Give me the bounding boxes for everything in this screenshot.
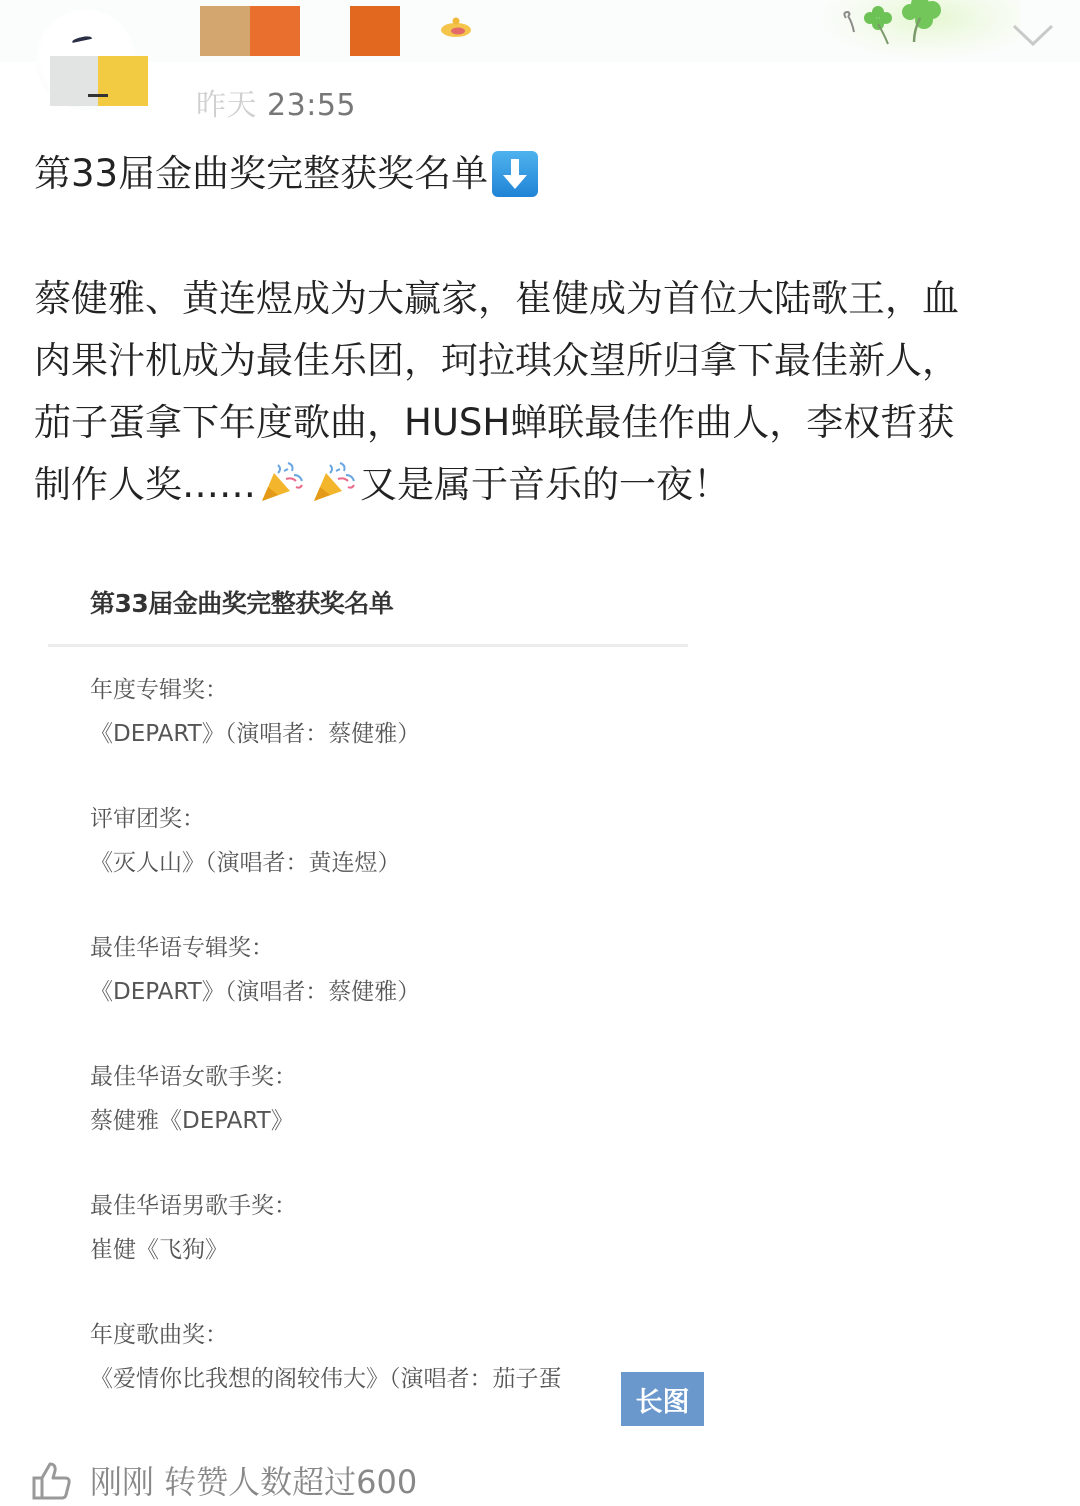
post-header: 昨天 23:55 (0, 0, 1080, 130)
crown-badge-icon (438, 16, 474, 38)
award-category: 年度专辑奖： (90, 675, 690, 705)
long-image-badge[interactable]: 长图 (621, 1372, 704, 1426)
username-redaction[interactable] (200, 6, 250, 56)
award-winner: 《DEPART》（演唱者：蔡健雅） (90, 977, 690, 1007)
award-category: 最佳华语男歌手奖： (90, 1191, 690, 1221)
award-item: 年度歌曲奖： 《爱情你比我想的阁较伟大》（演唱者：茄子蛋 (90, 1320, 690, 1394)
username-redaction[interactable] (250, 6, 300, 56)
post-body-line: 茄子蛋拿下年度歌曲，HUSH蝉联最佳作曲人，李权哲获 (34, 392, 1044, 454)
clover-decoration (820, 0, 1020, 60)
timestamp-day: 昨天 (196, 88, 257, 123)
post-body-text: 又是属于音乐的一夜！ (360, 463, 730, 506)
award-winner: 《DEPART》（演唱者：蔡健雅） (90, 719, 690, 749)
post-body-line: 制作人奖…… 又是属于音乐的一夜！ (34, 454, 1044, 516)
award-category: 最佳华语专辑奖： (90, 933, 690, 963)
award-item: 最佳华语专辑奖： 《DEPART》（演唱者：蔡健雅） (90, 933, 690, 1007)
timestamp-time: 23:55 (267, 88, 356, 123)
award-winner: 蔡健雅《DEPART》 (90, 1106, 690, 1136)
embedded-image[interactable]: 第33届金曲奖完整获奖名单 年度专辑奖： 《DEPART》（演唱者：蔡健雅） 评… (40, 560, 710, 1440)
post-body-line: 蔡健雅、黄连煜成为大赢家，崔健成为首位大陆歌王，血 (34, 268, 1044, 330)
engagement-footer: 刚刚 转赞人数超过600 (30, 1452, 417, 1506)
award-winner: 崔健《飞狗》 (90, 1235, 690, 1265)
post-timestamp: 昨天 23:55 (196, 80, 356, 124)
avatar[interactable] (36, 10, 156, 110)
username-redaction[interactable] (350, 6, 400, 56)
post-body: 蔡健雅、黄连煜成为大赢家，崔健成为首位大陆歌王，血 肉果汁机成为最佳乐团，珂拉琪… (34, 268, 1044, 516)
avatar-detail (88, 94, 108, 97)
award-category: 评审团奖： (90, 804, 690, 834)
engagement-text: 刚刚 转赞人数超过600 (90, 1457, 417, 1503)
award-category: 最佳华语女歌手奖： (90, 1062, 690, 1092)
down-arrow-icon (492, 151, 538, 197)
avatar-redaction (50, 56, 98, 106)
avatar-redaction (98, 56, 148, 106)
award-item: 最佳华语男歌手奖： 崔健《飞狗》 (90, 1191, 690, 1265)
clover-icon (820, 0, 1020, 60)
award-item: 最佳华语女歌手奖： 蔡健雅《DEPART》 (90, 1062, 690, 1136)
post-body-text: 制作人奖…… (34, 463, 256, 506)
party-popper-icon (310, 459, 358, 503)
award-item: 年度专辑奖： 《DEPART》（演唱者：蔡健雅） (90, 675, 690, 749)
award-item: 评审团奖： 《灭人山》（演唱者：黄连煜） (90, 804, 690, 878)
chevron-down-icon[interactable] (1010, 18, 1056, 52)
party-popper-icon (258, 459, 306, 503)
thumbs-up-icon[interactable] (30, 1458, 74, 1502)
award-winner: 《爱情你比我想的阁较伟大》（演唱者：茄子蛋 (90, 1364, 690, 1394)
award-winner: 《灭人山》（演唱者：黄连煜） (90, 848, 690, 878)
post-title-text: 第33届金曲奖完整获奖名单 (34, 148, 488, 200)
award-category: 年度歌曲奖： (90, 1320, 690, 1350)
post-title: 第33届金曲奖完整获奖名单 (34, 148, 538, 200)
post-body-line: 肉果汁机成为最佳乐团，珂拉琪众望所归拿下最佳新人， (34, 330, 1044, 392)
embedded-image-title: 第33届金曲奖完整获奖名单 (90, 584, 393, 620)
divider (48, 644, 688, 647)
